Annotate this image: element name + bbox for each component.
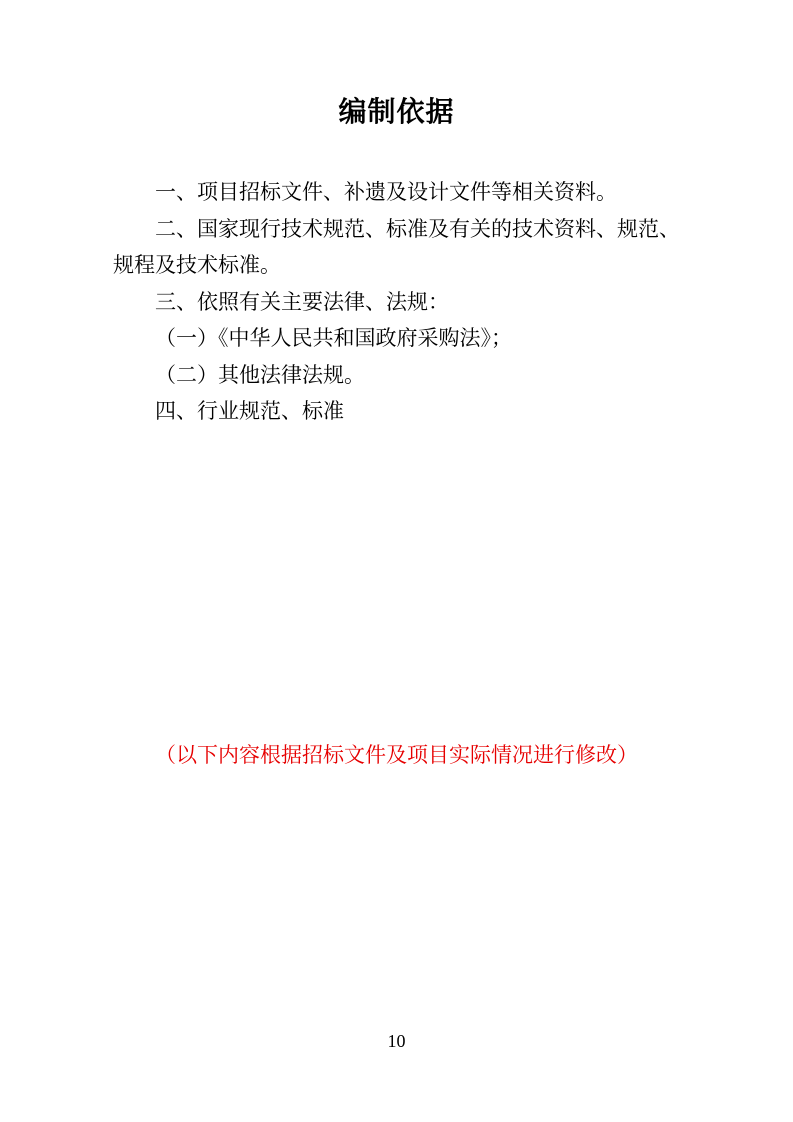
page-number: 10 — [0, 1029, 793, 1053]
document-body: 一、项目招标文件、补遗及设计文件等相关资料。 二、国家现行技术规范、标准及有关的… — [113, 174, 680, 430]
paragraph-item-6: 四、行业规范、标准 — [113, 393, 680, 430]
revision-note: （以下内容根据招标文件及项目实际情况进行修改） — [113, 740, 680, 770]
paragraph-item-2: 二、国家现行技术规范、标准及有关的技术资料、规范、规程及技术标准。 — [113, 211, 680, 284]
paragraph-item-3: 三、依照有关主要法律、法规： — [113, 284, 680, 321]
paragraph-item-1: 一、项目招标文件、补遗及设计文件等相关资料。 — [113, 174, 680, 211]
paragraph-item-4: （一）《中华人民共和国政府采购法》； — [113, 320, 680, 357]
document-page: 编制依据 一、项目招标文件、补遗及设计文件等相关资料。 二、国家现行技术规范、标… — [0, 0, 793, 1122]
page-title: 编制依据 — [113, 96, 680, 128]
paragraph-item-5: （二）其他法律法规。 — [113, 357, 680, 394]
